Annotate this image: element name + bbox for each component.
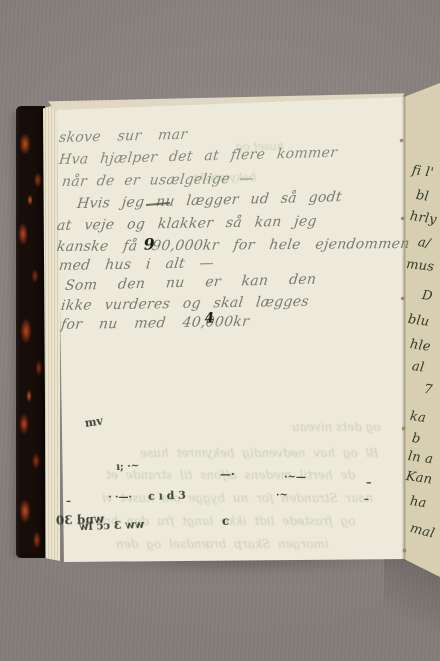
- photo-scene: huset og bekymrede og dets niveau Bl og …: [0, 0, 440, 661]
- smudge-mark: mv: [84, 414, 104, 429]
- gutter-fold: [402, 95, 406, 561]
- smudge-mark: c ı d 3: [148, 489, 186, 503]
- smudge-mark: ·~—: [284, 472, 306, 483]
- stitch-dot: [400, 139, 403, 142]
- right-page-text-fragment: bl: [415, 188, 430, 205]
- stitch-dot: [402, 427, 405, 430]
- right-page-text-fragment: mus: [405, 257, 434, 275]
- smudge-mark: ı; ·~: [116, 461, 139, 473]
- handwriting-line: når de er usælgelige —: [61, 171, 255, 190]
- handwriting-line: for nu med 40,000kr: [60, 314, 250, 333]
- right-page-text-fragment: ha: [409, 494, 427, 511]
- right-page-text-fragment: ka: [409, 409, 427, 426]
- right-page-text-fragment: blu: [407, 312, 430, 330]
- smudge-mark: –: [364, 494, 369, 505]
- smudge-mark: —·: [220, 468, 235, 481]
- page-edge-stack: [43, 103, 60, 561]
- smudge-mark: ww 3 cc lw: [79, 518, 145, 533]
- bleedthrough-line: og dets niveau: [292, 420, 381, 434]
- bleedthrough-line: imorgen Skarp brændsel og den: [116, 537, 329, 551]
- right-page-text-fragment: fi l': [411, 163, 435, 181]
- right-page-text-fragment: D: [421, 288, 434, 304]
- smudge-mark: · ·—·: [108, 492, 132, 503]
- right-page-text-fragment: al: [411, 359, 425, 376]
- bleedthrough-line: naar Stranden for nu bygge om huset vi: [102, 491, 373, 505]
- bleedthrough-line: Bl og hav nødvendig bekymret huse: [140, 446, 378, 460]
- stitch-dot: [401, 297, 404, 300]
- handwriting-line: med hus i alt —: [58, 255, 215, 274]
- right-page-text-fragment: a/: [417, 235, 431, 252]
- smudge-mark: –: [66, 496, 71, 507]
- smudge-mark: –: [366, 476, 372, 489]
- stitch-dot: [403, 549, 406, 552]
- stitch-dot: [401, 217, 404, 220]
- marbled-spine: [16, 106, 45, 558]
- smudge-mark: ·~: [276, 490, 288, 501]
- ink-blot-overwritten-figure: 9: [143, 234, 155, 254]
- ink-blot-overwritten-figure: 4: [204, 310, 215, 327]
- right-page-text-fragment: hle: [409, 337, 432, 355]
- handwriting-line: skove sur mar: [58, 127, 188, 146]
- floor-shadow: [384, 558, 440, 661]
- handwriting-line: kanske få 90,000kr for hele ejendommen: [56, 236, 411, 255]
- smudge-mark: c: [222, 514, 229, 528]
